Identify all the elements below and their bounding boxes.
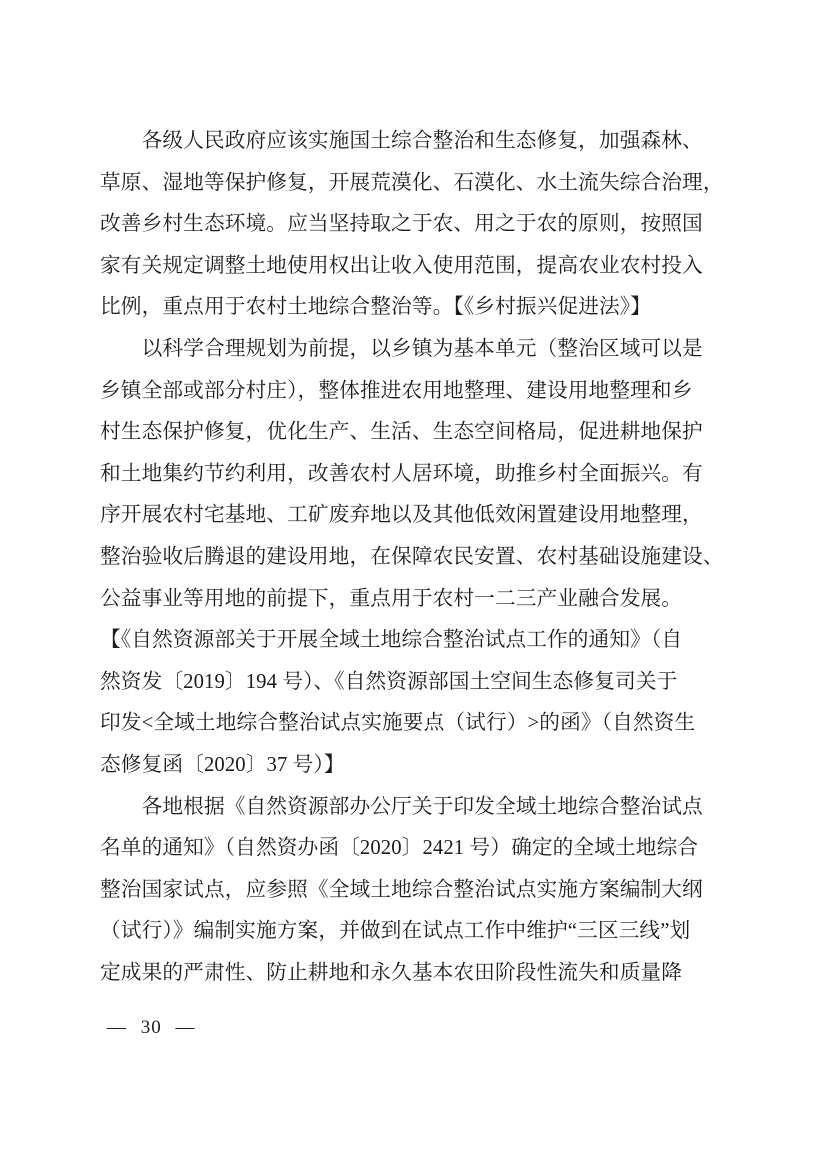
document-line: 改善乡村生态环境。应当坚持取之于农、用之于农的原则，按照国 — [100, 204, 760, 246]
document-page: 各级人民政府应该实施国土综合整治和生态修复，加强森林、草原、湿地等保护修复，开展… — [0, 0, 826, 1169]
document-line: 草原、湿地等保护修复，开展荒漠化、石漠化、水土流失综合治理， — [100, 163, 760, 205]
document-line: 态修复函〔2020〕37 号）】 — [100, 745, 760, 787]
document-line: 整治验收后腾退的建设用地，在保障农民安置、农村基础设施建设、 — [100, 537, 760, 579]
document-line: 各级人民政府应该实施国土综合整治和生态修复，加强森林、 — [100, 121, 760, 163]
document-line: 公益事业等用地的前提下，重点用于农村一二三产业融合发展。 — [100, 579, 760, 621]
document-line: 以科学合理规划为前提，以乡镇为基本单元（整治区域可以是 — [100, 329, 760, 371]
document-body: 各级人民政府应该实施国土综合整治和生态修复，加强森林、草原、湿地等保护修复，开展… — [100, 121, 760, 994]
document-line: 然资发〔2019〕194 号）、《自然资源部国土空间生态修复司关于 — [100, 662, 760, 704]
document-line: 家有关规定调整土地使用权出让收入使用范围，提高农业农村投入 — [100, 246, 760, 288]
document-line: 整治国家试点，应参照《全域土地综合整治试点实施方案编制大纲 — [100, 870, 760, 912]
document-line: 印发<全域土地综合整治试点实施要点（试行）>的函》（自然资生 — [100, 703, 760, 745]
document-line: 各地根据《自然资源部办公厅关于印发全域土地综合整治试点 — [100, 787, 760, 829]
page-number: — 30 — — [107, 1014, 196, 1042]
document-line: 定成果的严肃性、防止耕地和永久基本农田阶段性流失和质量降 — [100, 953, 760, 995]
document-line: 【《自然资源部关于开展全域土地综合整治试点工作的通知》（自 — [100, 620, 760, 662]
document-line: 乡镇全部或部分村庄），整体推进农用地整理、建设用地整理和乡 — [100, 371, 760, 413]
document-line: 和土地集约节约利用，改善农村人居环境，助推乡村全面振兴。有 — [100, 454, 760, 496]
document-line: 村生态保护修复，优化生产、生活、生态空间格局，促进耕地保护 — [100, 412, 760, 454]
document-line: 序开展农村宅基地、工矿废弃地以及其他低效闲置建设用地整理， — [100, 495, 760, 537]
document-line: （试行）》编制实施方案，并做到在试点工作中维护“三区三线”划 — [100, 911, 760, 953]
document-line: 名单的通知》（自然资办函〔2020〕2421 号）确定的全域土地综合 — [100, 828, 760, 870]
document-line: 比例，重点用于农村土地综合整治等。【《乡村振兴促进法》】 — [100, 287, 760, 329]
